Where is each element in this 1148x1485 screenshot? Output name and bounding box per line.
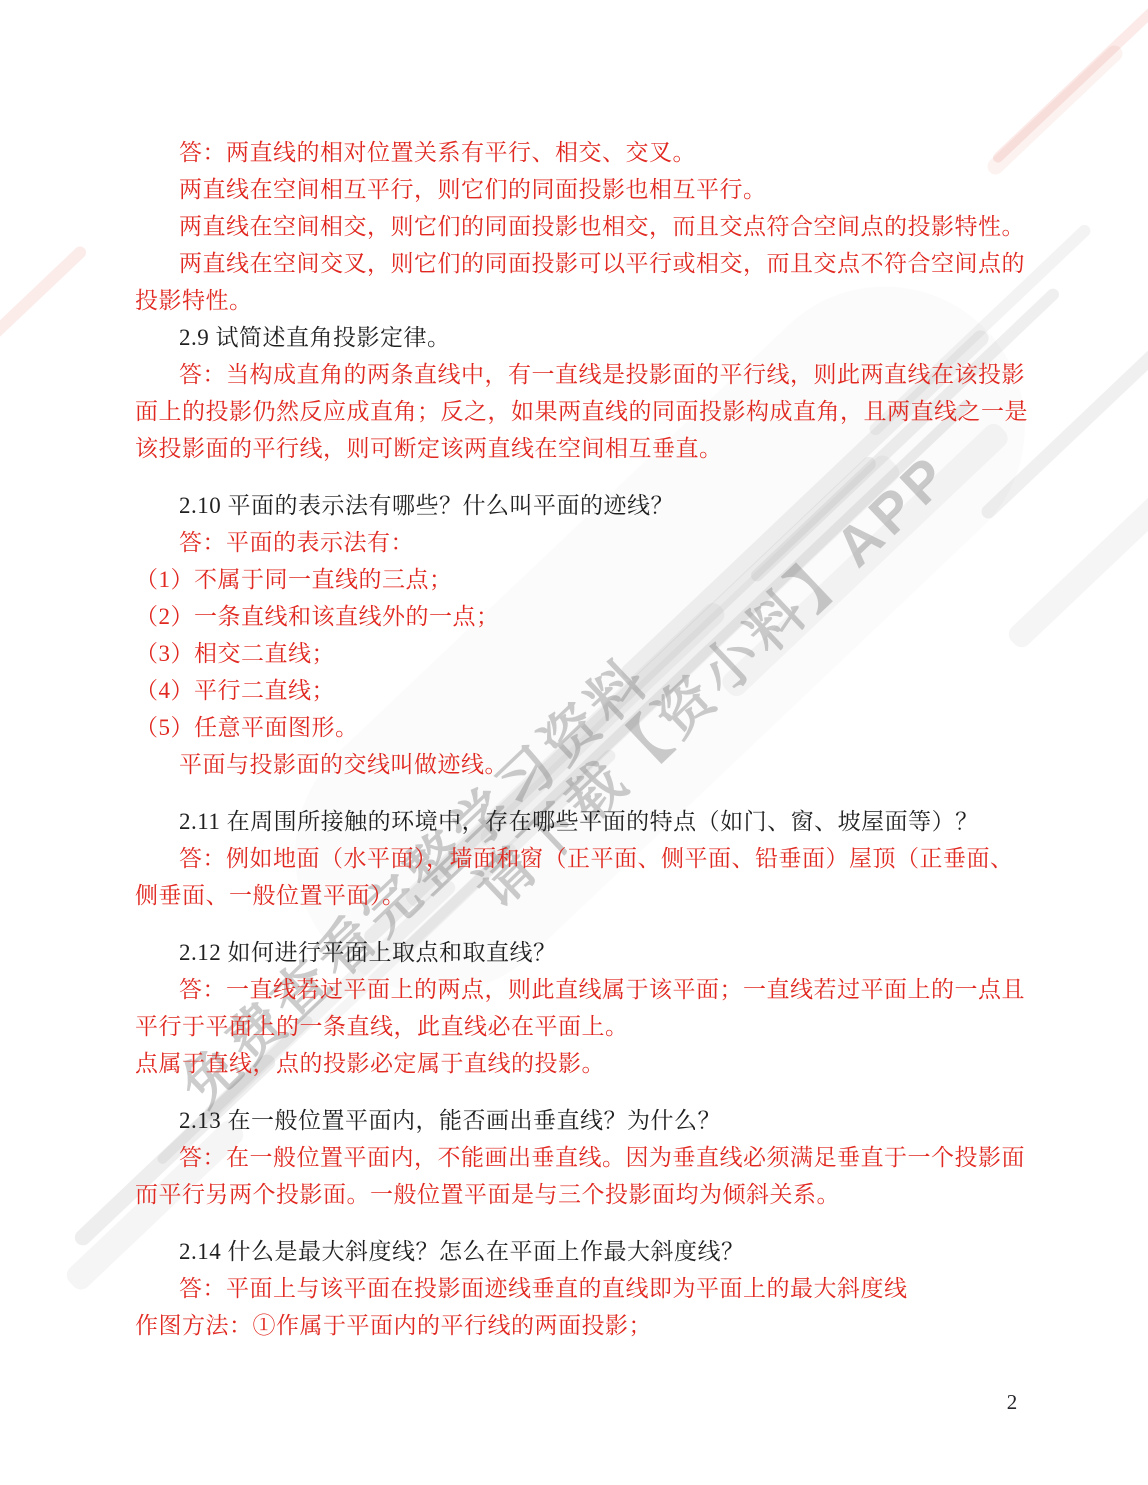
answer-line: 平面与投影面的交线叫做迹线。 xyxy=(135,746,1115,783)
answer-line: 而平行另两个投影面。一般位置平面是与三个投影面均为倾斜关系。 xyxy=(135,1176,1115,1213)
answer-line: 面上的投影仍然反应成直角；反之，如果两直线的同面投影构成直角，且两直线之一是 xyxy=(135,393,1115,430)
answer-line: 答：当构成直角的两条直线中，有一直线是投影面的平行线，则此两直线在该投影 xyxy=(135,356,1115,393)
answer-line: 答：平面的表示法有： xyxy=(135,524,1115,561)
answer-line: 答：两直线的相对位置关系有平行、相交、交叉。 xyxy=(135,134,1115,171)
answer-line: （3）相交二直线； xyxy=(135,635,1115,672)
question-line: 2.10 平面的表示法有哪些？什么叫平面的迹线？ xyxy=(135,487,1115,524)
answer-line: 作图方法：①作属于平面内的平行线的两面投影； xyxy=(135,1307,1115,1344)
question-line: 2.14 什么是最大斜度线？怎么在平面上作最大斜度线？ xyxy=(135,1233,1115,1270)
answer-line: 两直线在空间相交，则它们的同面投影也相交，而且交点符合空间点的投影特性。 xyxy=(135,208,1115,245)
answer-line: 该投影面的平行线，则可断定该两直线在空间相互垂直。 xyxy=(135,430,1115,467)
answer-line: 侧垂面、一般位置平面）。 xyxy=(135,877,1115,914)
paragraph-spacer xyxy=(135,467,1115,487)
paragraph-spacer xyxy=(135,914,1115,934)
answer-line: （1）不属于同一直线的三点； xyxy=(135,561,1115,598)
question-line: 2.12 如何进行平面上取点和取直线？ xyxy=(135,934,1115,971)
page-number: 2 xyxy=(1000,1390,1024,1415)
page: 免费查看完整学习资料 请下载【资小料】APP 答：两直线的相对位置关系有平行、相… xyxy=(0,0,1148,1485)
answer-line: 答：在一般位置平面内，不能画出垂直线。因为垂直线必须满足垂直于一个投影面 xyxy=(135,1139,1115,1176)
paragraph-spacer xyxy=(135,783,1115,803)
answer-line: 平行于平面上的一条直线，此直线必在平面上。 xyxy=(135,1008,1115,1045)
answer-line: 答：例如地面（水平面），墙面和窗（正平面、侧平面、铅垂面）屋顶（正垂面、 xyxy=(135,840,1115,877)
answer-line: 投影特性。 xyxy=(135,282,1115,319)
answer-line: （5）任意平面图形。 xyxy=(135,709,1115,746)
question-line: 2.9 试简述直角投影定律。 xyxy=(135,319,1115,356)
answer-line: 两直线在空间交叉，则它们的同面投影可以平行或相交，而且交点不符合空间点的 xyxy=(135,245,1115,282)
answer-line: 两直线在空间相互平行，则它们的同面投影也相互平行。 xyxy=(135,171,1115,208)
answer-line: 点属于直线，点的投影必定属于直线的投影。 xyxy=(135,1045,1115,1082)
paragraph-spacer xyxy=(135,1082,1115,1102)
question-line: 2.13 在一般位置平面内，能否画出垂直线？为什么？ xyxy=(135,1102,1115,1139)
question-line: 2.11 在周围所接触的环境中，存在哪些平面的特点（如门、窗、坡屋面等）？ xyxy=(135,803,1115,840)
answer-line: （4）平行二直线； xyxy=(135,672,1115,709)
paragraph-spacer xyxy=(135,1213,1115,1233)
brush-streak xyxy=(0,244,89,356)
answer-line: 答：一直线若过平面上的两点，则此直线属于该平面；一直线若过平面上的一点且 xyxy=(135,971,1115,1008)
document-body: 答：两直线的相对位置关系有平行、相交、交叉。两直线在空间相互平行，则它们的同面投… xyxy=(135,134,1115,1344)
answer-line: （2）一条直线和该直线外的一点； xyxy=(135,598,1115,635)
answer-line: 答：平面上与该平面在投影面迹线垂直的直线即为平面上的最大斜度线 xyxy=(135,1270,1115,1307)
